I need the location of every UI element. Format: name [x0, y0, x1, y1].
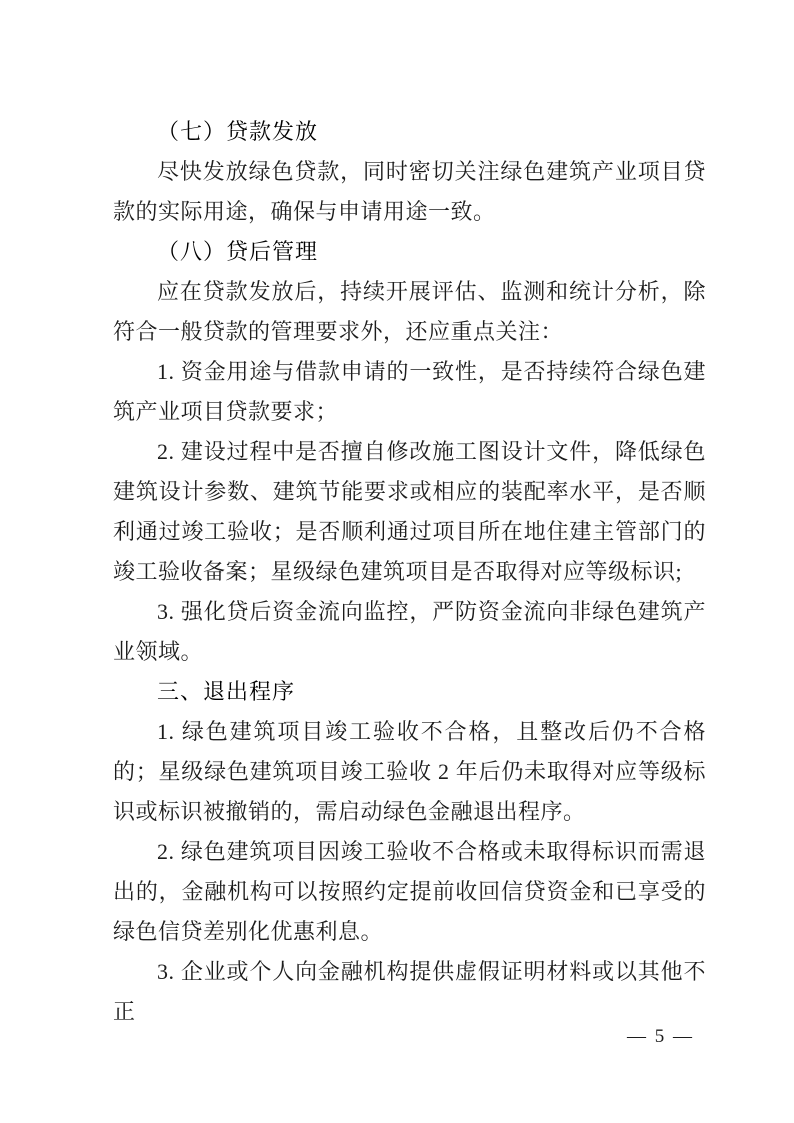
paragraph-exit-item-3: 3. 企业或个人向金融机构提供虚假证明材料或以其他不正 [113, 952, 706, 1032]
subsection-heading-post-loan-management: （八）贷后管理 [113, 232, 706, 272]
paragraph-exit-item-2: 2. 绿色建筑项目因竣工验收不合格或未取得标识而需退出的，金融机构可以按照约定提… [113, 832, 706, 952]
paragraph-post-loan-intro: 应在贷款发放后，持续开展评估、监测和统计分析，除符合一般贷款的管理要求外，还应重… [113, 272, 706, 352]
paragraph-post-loan-item-3: 3. 强化贷后资金流向监控，严防资金流向非绿色建筑产业领域。 [113, 592, 706, 672]
paragraph-post-loan-item-2: 2. 建设过程中是否擅自修改施工图设计文件，降低绿色建筑设计参数、建筑节能要求或… [113, 432, 706, 592]
section-heading-exit-procedure: 三、退出程序 [113, 672, 706, 712]
paragraph-exit-item-1: 1. 绿色建筑项目竣工验收不合格，且整改后仍不合格的；星级绿色建筑项目竣工验收 … [113, 712, 706, 832]
subsection-heading-loan-disbursement: （七）贷款发放 [113, 112, 706, 152]
paragraph-loan-disbursement: 尽快发放绿色贷款，同时密切关注绿色建筑产业项目贷款的实际用途，确保与申请用途一致… [113, 152, 706, 232]
document-body: （七）贷款发放 尽快发放绿色贷款，同时密切关注绿色建筑产业项目贷款的实际用途，确… [113, 112, 706, 1032]
page-number: — 5 — [627, 1026, 694, 1048]
paragraph-post-loan-item-1: 1. 资金用途与借款申请的一致性，是否持续符合绿色建筑产业项目贷款要求； [113, 352, 706, 432]
document-page: （七）贷款发放 尽快发放绿色贷款，同时密切关注绿色建筑产业项目贷款的实际用途，确… [0, 0, 794, 1123]
